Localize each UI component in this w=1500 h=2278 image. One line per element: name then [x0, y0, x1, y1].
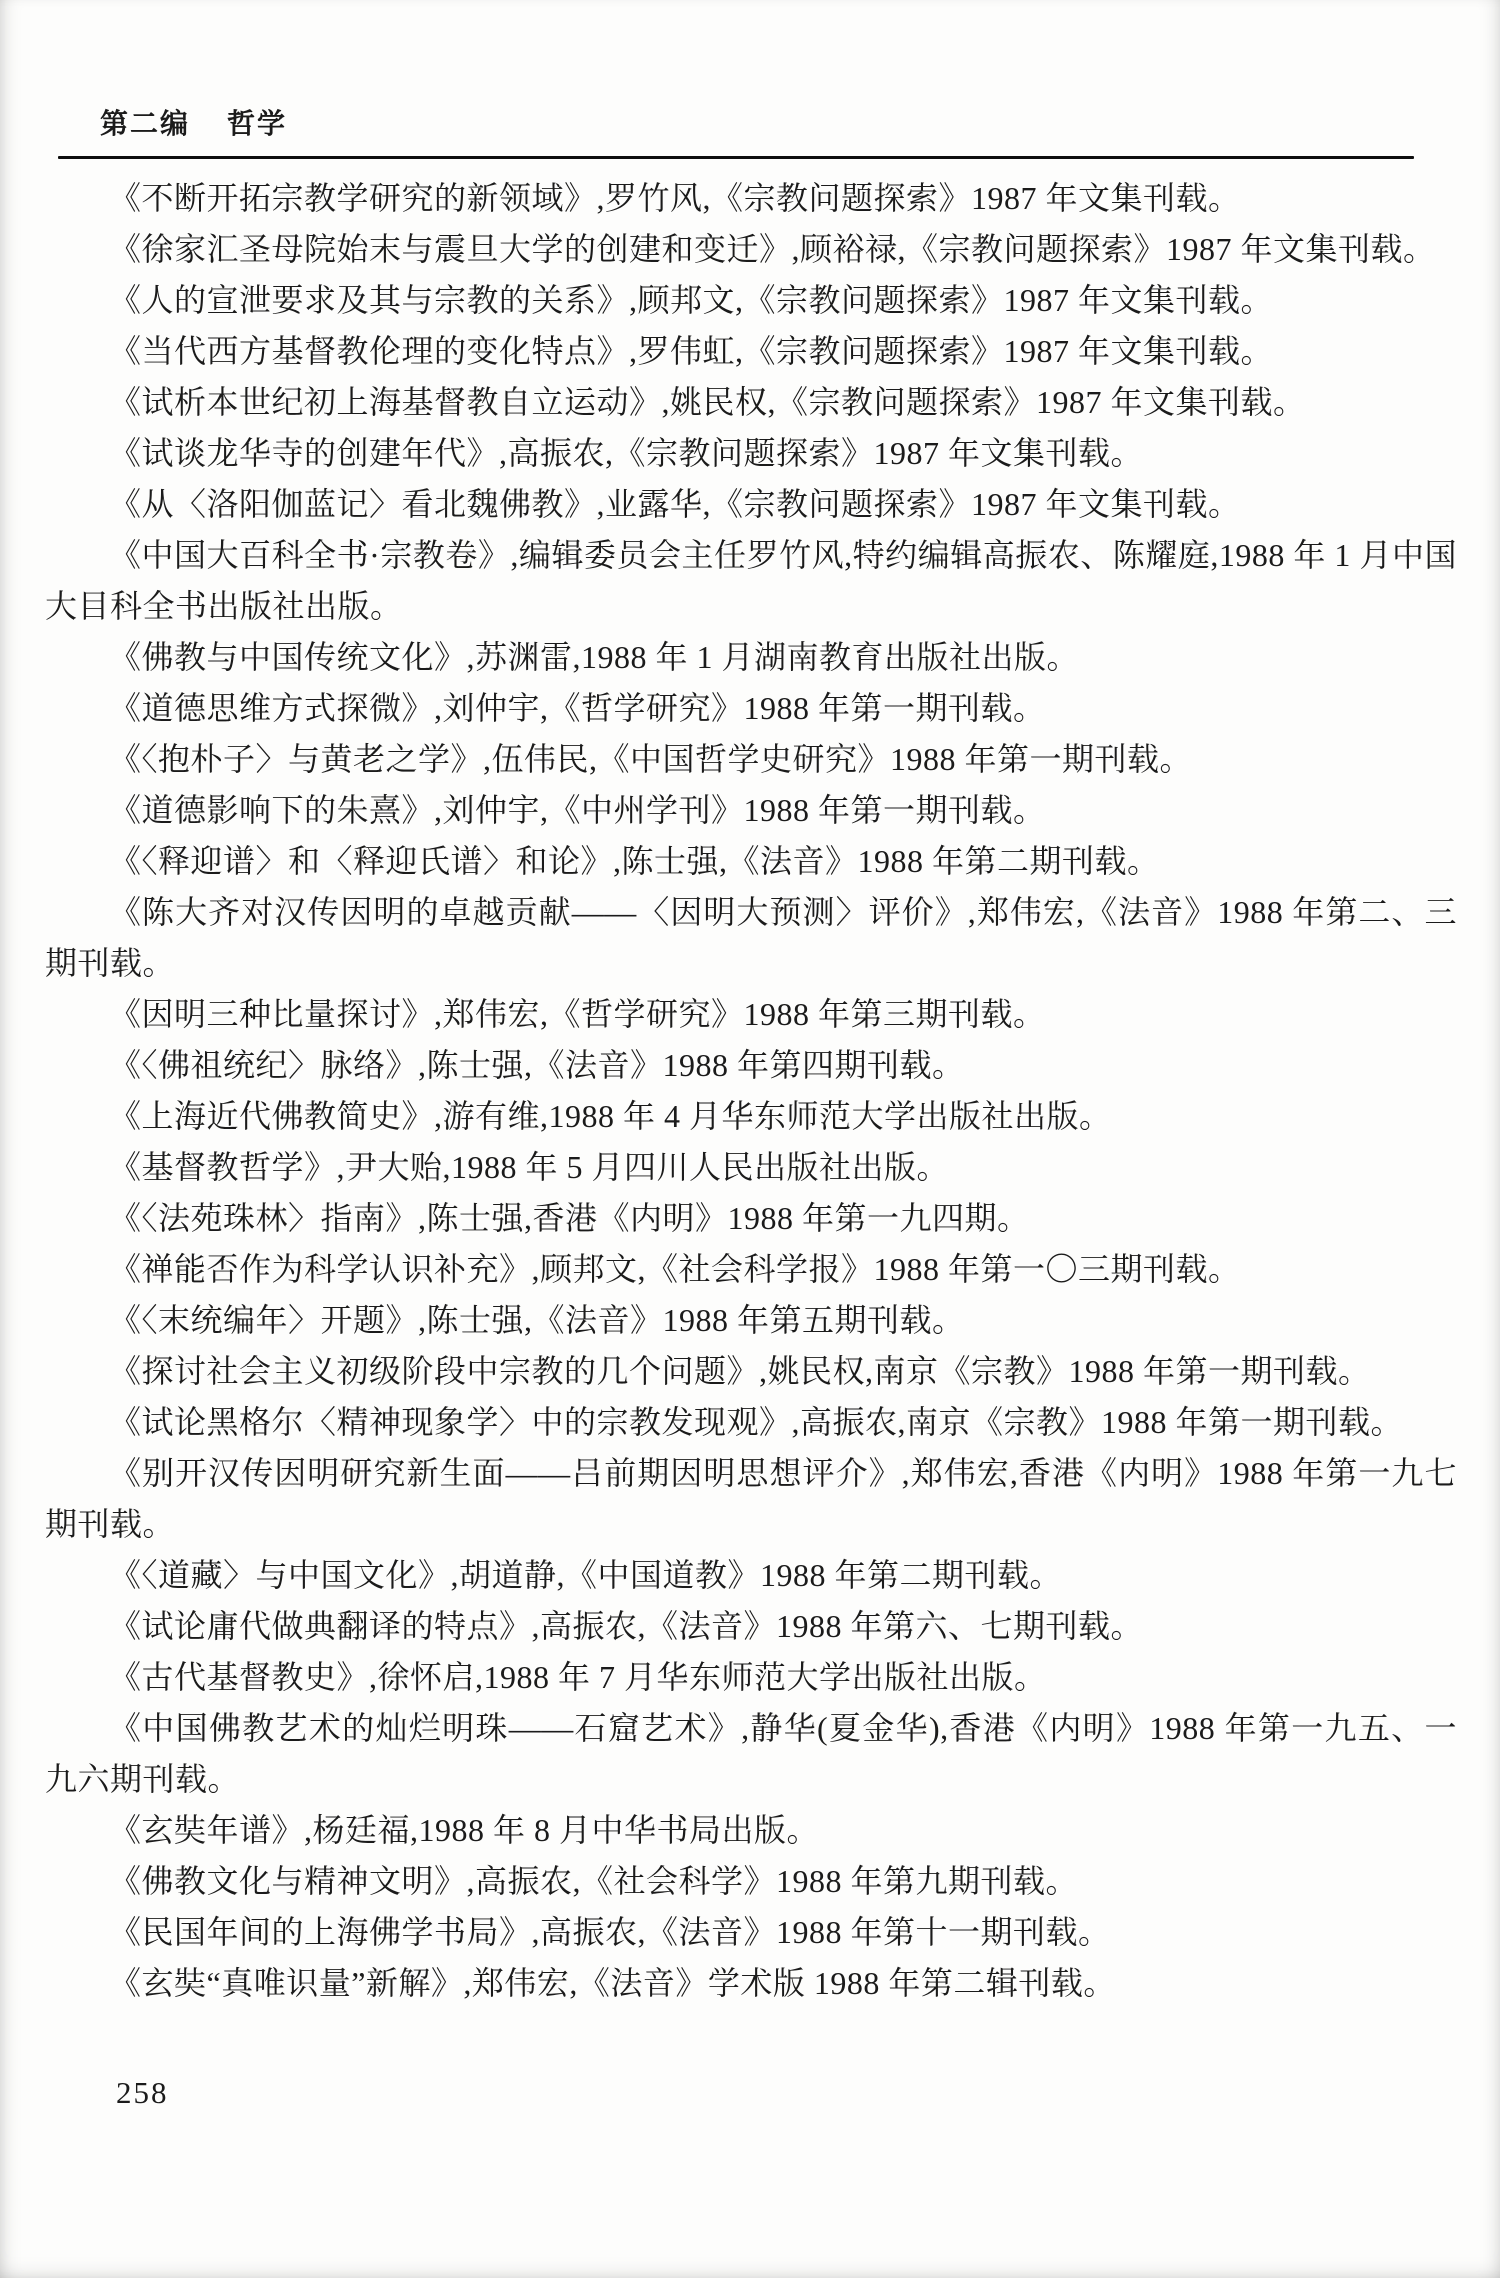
running-header: 第二编 哲学 — [100, 102, 287, 142]
bibliography-entry: 《从〈洛阳伽蓝记〉看北魏佛教》,业露华,《宗教问题探索》1987 年文集刊载。 — [45, 479, 1457, 530]
bibliography-entry: 《因明三种比量探讨》,郑伟宏,《哲学研究》1988 年第三期刊载。 — [45, 989, 1457, 1040]
chapter-label: 哲学 — [227, 109, 287, 140]
bibliography-entry: 《陈大齐对汉传因明的卓越贡献——〈因明大预测〉评价》,郑伟宏,《法音》1988 … — [45, 887, 1457, 989]
bibliography-entry: 《佛教与中国传统文化》,苏渊雷,1988 年 1 月湖南教育出版社出版。 — [45, 632, 1457, 683]
bibliography-entry: 《探讨社会主义初级阶段中宗教的几个问题》,姚民权,南京《宗教》1988 年第一期… — [45, 1346, 1457, 1397]
bibliography-entry: 《古代基督教史》,徐怀启,1988 年 7 月华东师范大学出版社出版。 — [45, 1652, 1457, 1703]
bibliography-entry: 《试论黑格尔〈精神现象学〉中的宗教发现观》,高振农,南京《宗教》1988 年第一… — [45, 1397, 1457, 1448]
bibliography-entry: 《上海近代佛教简史》,游有维,1988 年 4 月华东师范大学出版社出版。 — [45, 1091, 1457, 1142]
bibliography-entry: 《道德影响下的朱熹》,刘仲宇,《中州学刊》1988 年第一期刊载。 — [45, 785, 1457, 836]
bibliography-entry: 《〈释迎谱〉和〈释迎氏谱〉和论》,陈士强,《法音》1988 年第二期刊载。 — [45, 836, 1457, 887]
bibliography-entry: 《不断开拓宗教学研究的新领域》,罗竹风,《宗教问题探索》1987 年文集刊载。 — [45, 173, 1457, 224]
bibliography-entry: 《民国年间的上海佛学书局》,高振农,《法音》1988 年第十一期刊载。 — [45, 1907, 1457, 1958]
bibliography-entry: 《禅能否作为科学认识补充》,顾邦文,《社会科学报》1988 年第一〇三期刊载。 — [45, 1244, 1457, 1295]
bibliography-entry: 《〈佛祖统纪〉脉络》,陈士强,《法音》1988 年第四期刊载。 — [45, 1040, 1457, 1091]
bibliography-entry: 《当代西方基督教伦理的变化特点》,罗伟虹,《宗教问题探索》1987 年文集刊载。 — [45, 326, 1457, 377]
bibliography-entry: 《〈道藏〉与中国文化》,胡道静,《中国道教》1988 年第二期刊载。 — [45, 1550, 1457, 1601]
bibliography-entry: 《玄奘“真唯识量”新解》,郑伟宏,《法音》学术版 1988 年第二辑刊载。 — [45, 1958, 1457, 2009]
section-label: 第二编 — [100, 109, 190, 140]
bibliography-entry: 《试析本世纪初上海基督教自立运动》,姚民权,《宗教问题探索》1987 年文集刊载… — [45, 377, 1457, 428]
header-rule — [58, 156, 1414, 159]
bibliography-entry: 《中国佛教艺术的灿烂明珠——石窟艺术》,静华(夏金华),香港《内明》1988 年… — [45, 1703, 1457, 1805]
bibliography-entry: 《基督教哲学》,尹大贻,1988 年 5 月四川人民出版社出版。 — [45, 1142, 1457, 1193]
bibliography-entry: 《道德思维方式探微》,刘仲宇,《哲学研究》1988 年第一期刊载。 — [45, 683, 1457, 734]
bibliography-entry: 《佛教文化与精神文明》,高振农,《社会科学》1988 年第九期刊载。 — [45, 1856, 1457, 1907]
page-number: 258 — [116, 2075, 169, 2111]
bibliography-entry: 《试论庸代做典翻译的特点》,高振农,《法音》1988 年第六、七期刊载。 — [45, 1601, 1457, 1652]
bibliography-entry: 《〈法苑珠林〉指南》,陈士强,香港《内明》1988 年第一九四期。 — [45, 1193, 1457, 1244]
bibliography-entry: 《徐家汇圣母院始末与震旦大学的创建和变迁》,顾裕禄,《宗教问题探索》1987 年… — [45, 224, 1457, 275]
book-page: 第二编 哲学 《不断开拓宗教学研究的新领域》,罗竹风,《宗教问题探索》1987 … — [0, 0, 1500, 2278]
bibliography-entry: 《玄奘年谱》,杨廷福,1988 年 8 月中华书局出版。 — [45, 1805, 1457, 1856]
bibliography-entry: 《人的宣泄要求及其与宗教的关系》,顾邦文,《宗教问题探索》1987 年文集刊载。 — [45, 275, 1457, 326]
bibliography-list: 《不断开拓宗教学研究的新领域》,罗竹风,《宗教问题探索》1987 年文集刊载。《… — [45, 173, 1457, 2009]
bibliography-entry: 《别开汉传因明研究新生面——吕前期因明思想评介》,郑伟宏,香港《内明》1988 … — [45, 1448, 1457, 1550]
bibliography-entry: 《试谈龙华寺的创建年代》,高振农,《宗教问题探索》1987 年文集刊载。 — [45, 428, 1457, 479]
bibliography-entry: 《中国大百科全书·宗教卷》,编辑委员会主任罗竹风,特约编辑高振农、陈耀庭,198… — [45, 530, 1457, 632]
bibliography-entry: 《〈抱朴子〉与黄老之学》,伍伟民,《中国哲学史研究》1988 年第一期刊载。 — [45, 734, 1457, 785]
bibliography-entry: 《〈末统编年〉开题》,陈士强,《法音》1988 年第五期刊载。 — [45, 1295, 1457, 1346]
